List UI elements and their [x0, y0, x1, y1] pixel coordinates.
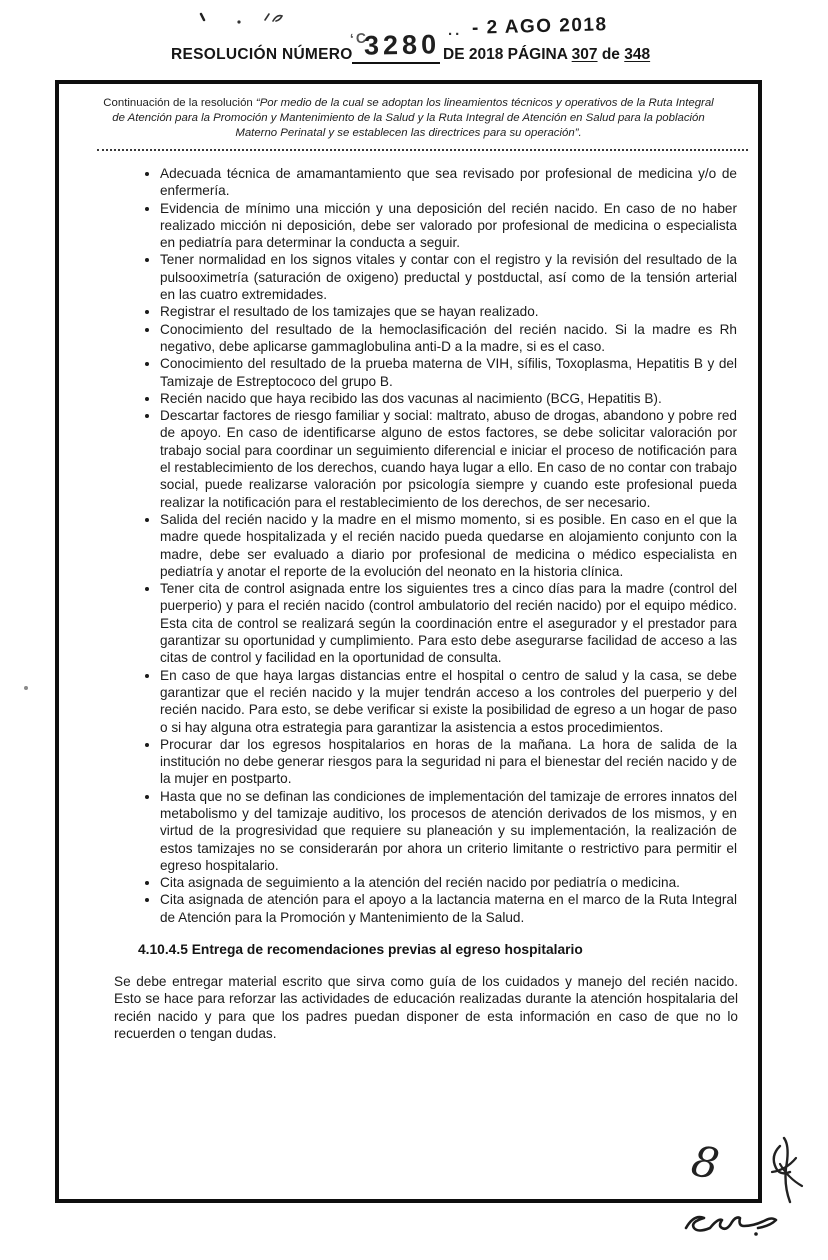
- list-item: Evidencia de mínimo una micción y una de…: [160, 200, 737, 252]
- scanned-resolution-page: { "header": { "title_label": "RESOLUCIÓN…: [0, 0, 828, 1260]
- list-item: Tener cita de control asignada entre los…: [160, 580, 737, 666]
- list-item: Conocimiento del resultado de la hemocla…: [160, 321, 737, 356]
- stamp-dots: ..: [448, 22, 462, 39]
- list-item: Recién nacido que haya recibido las dos …: [160, 390, 737, 407]
- list-item: Conocimiento del resultado de la prueba …: [160, 355, 737, 390]
- page-border-frame: Continuación de la resolución “Por medio…: [55, 80, 762, 1203]
- page-total: 348: [624, 46, 650, 63]
- list-item: Cita asignada de seguimiento a la atenci…: [160, 874, 737, 891]
- page-number: 307: [572, 46, 598, 63]
- dashed-divider: [97, 149, 748, 151]
- list-item: Hasta que no se definan las condiciones …: [160, 788, 737, 874]
- handwritten-initials-icon: [762, 1132, 810, 1213]
- number-underline: [352, 62, 440, 64]
- margin-dot: [24, 686, 28, 690]
- list-item: Registrar el resultado de los tamizajes …: [160, 303, 737, 320]
- list-item: Descartar factores de riesgo familiar y …: [160, 407, 737, 511]
- date-stamp: - 2 AGO 2018: [472, 14, 608, 40]
- list-item: Cita asignada de atención para el apoyo …: [160, 891, 737, 926]
- requirements-list: Adecuada técnica de amamantamiento que s…: [59, 165, 758, 926]
- list-item: Tener normalidad en los signos vitales y…: [160, 251, 737, 303]
- signature-scribble-icon: [682, 1204, 782, 1245]
- list-item: En caso de que haya largas distancias en…: [160, 667, 737, 736]
- resolution-title: RESOLUCIÓN NÚMERO: [171, 46, 353, 64]
- resolution-number-stamp: 3280: [364, 29, 441, 61]
- section-heading: 4.10.4.5 Entrega de recomendaciones prev…: [138, 942, 738, 957]
- continuation-note: Continuación de la resolución “Por medio…: [103, 96, 715, 141]
- page-connector: de: [602, 46, 620, 63]
- list-item: Salida del recién nacido y la madre en e…: [160, 511, 737, 580]
- page-indicator: DE 2018 PÁGINA 307 de 348: [443, 46, 650, 64]
- continuation-prefix: Continuación de la resolución: [103, 97, 256, 109]
- header-suffix-label: DE 2018 PÁGINA: [443, 46, 567, 63]
- list-item: Procurar dar los egresos hospitalarios e…: [160, 736, 737, 788]
- list-item: Adecuada técnica de amamantamiento que s…: [160, 165, 737, 200]
- closing-paragraph: Se debe entregar material escrito que si…: [114, 973, 738, 1042]
- pen-marks-icon: [195, 8, 295, 37]
